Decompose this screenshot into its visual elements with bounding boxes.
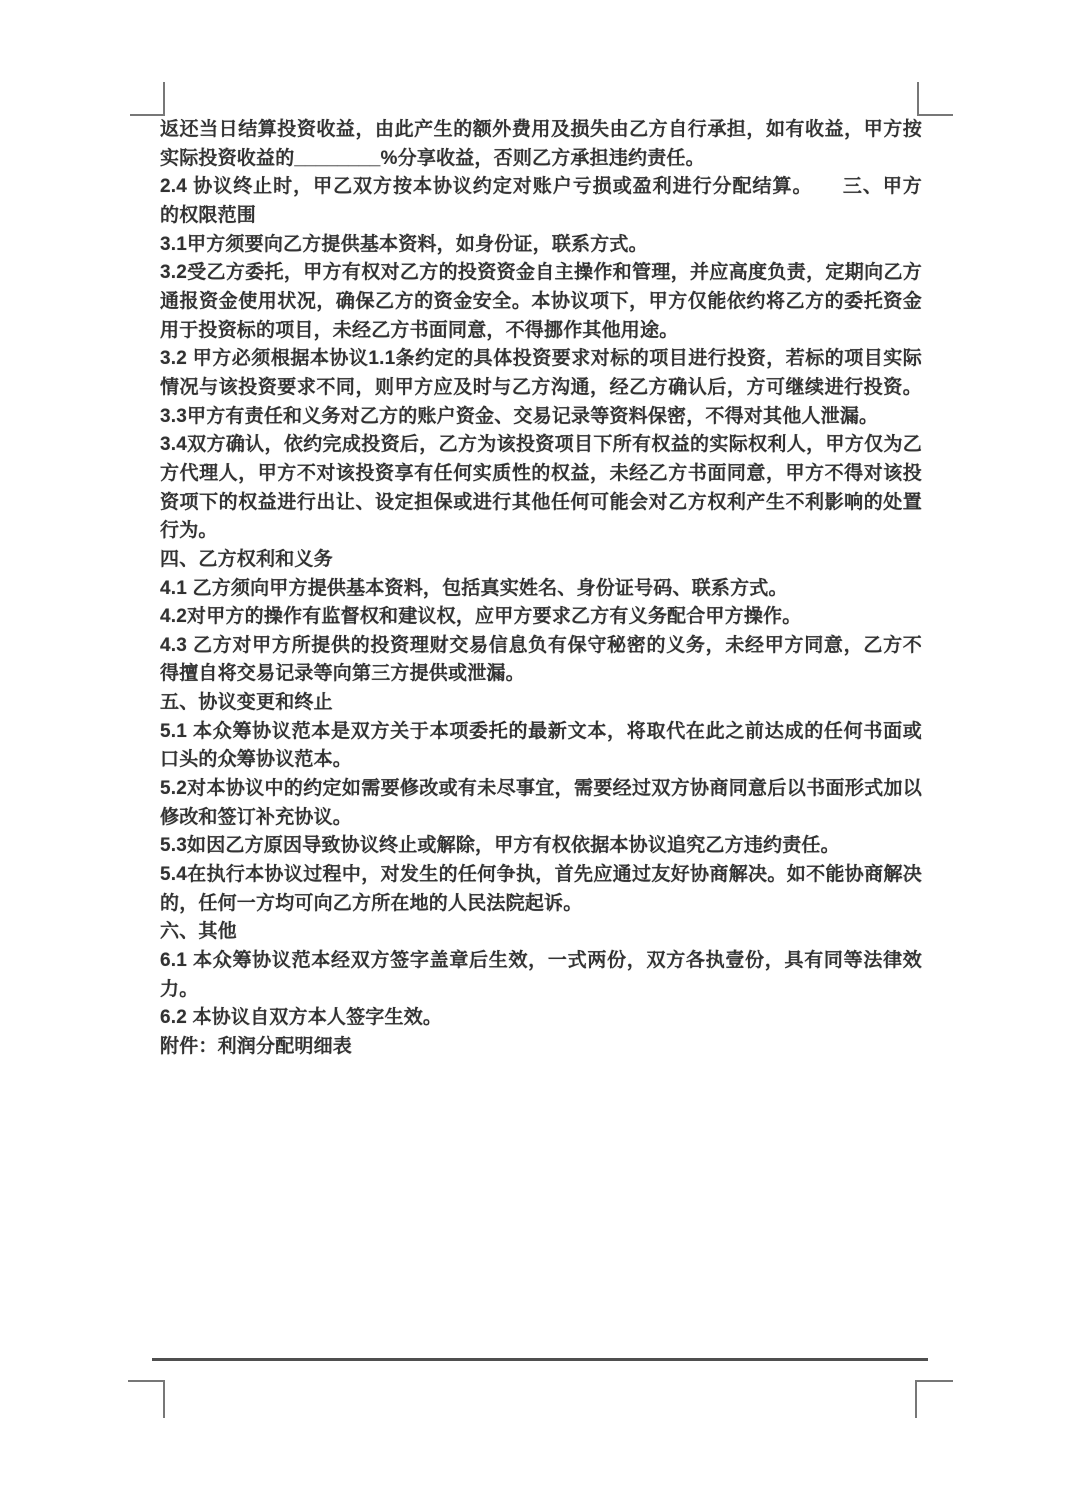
document-line: 3.3甲方有责任和义务对乙方的账户资金、交易记录等资料保密，不得对其他人泄漏。 [160,403,922,432]
document-line: 3.1甲方须要向乙方提供基本资料，如身份证，联系方式。 [160,231,922,260]
document-lines: 返还当日结算投资收益，由此产生的额外费用及损失由乙方自行承担，如有收益，甲方按实… [160,116,922,1062]
document-line: 修改和签订补充协议。 [160,804,922,833]
document-line: 方代理人，甲方不对该投资享有任何实质性的权益，未经乙方书面同意，甲方不得对该投 [160,460,922,489]
document-line: 用于投资标的项目，未经乙方书面同意，不得挪作其他用途。 [160,317,922,346]
document-line: 口头的众筹协议范本。 [160,746,922,775]
document-line: 5.3如因乙方原因导致协议终止或解除，甲方有权依据本协议追究乙方违约责任。 [160,832,922,861]
document-line: 4.2对甲方的操作有监督权和建议权，应甲方要求乙方有义务配合甲方操作。 [160,603,922,632]
document-line: 4.3 乙方对甲方所提供的投资理财交易信息负有保守秘密的义务，未经甲方同意，乙方… [160,632,922,661]
document-line: 6.2 本协议自双方本人签字生效。 [160,1004,922,1033]
crop-mark-bottom-left-icon [128,1380,165,1418]
document-line: 3.2受乙方委托，甲方有权对乙方的投资资金自主操作和管理，并应高度负责，定期向乙… [160,259,922,288]
document-line: 5.4在执行本协议过程中，对发生的任何争执，首先应通过友好协商解决。如不能协商解… [160,861,922,890]
document-line: 的权限范围 [160,202,922,231]
document-line: 5.1 本众筹协议范本是双方关于本项委托的最新文本，将取代在此之前达成的任何书面… [160,718,922,747]
document-line: 附件：利润分配明细表 [160,1033,922,1062]
document-line: 3.2 甲方必须根据本协议1.1条约定的具体投资要求对标的项目进行投资，若标的项… [160,345,922,374]
document-line: 4.1 乙方须向甲方提供基本资料，包括真实姓名、身份证号码、联系方式。 [160,575,922,604]
document-line: 3.4双方确认，依约完成投资后，乙方为该投资项目下所有权益的实际权利人，甲方仅为… [160,431,922,460]
crop-mark-top-left-icon [130,82,165,116]
document-line: 六、其他 [160,918,922,947]
document-line: 情况与该投资要求不同，则甲方应及时与乙方沟通，经乙方确认后，方可继续进行投资。 [160,374,922,403]
document-line: 返还当日结算投资收益，由此产生的额外费用及损失由乙方自行承担，如有收益，甲方按 [160,116,922,145]
document-line: 通报资金使用状况，确保乙方的资金安全。本协议项下，甲方仅能依约将乙方的委托资金 [160,288,922,317]
document-line: 实际投资收益的________%分享收益，否则乙方承担违约责任。 [160,145,922,174]
crop-mark-top-right-icon [917,82,953,116]
document-line: 6.1 本众筹协议范本经双方签字盖章后生效，一式两份，双方各执壹份，具有同等法律… [160,947,922,976]
page-divider-line [152,1358,928,1361]
crop-mark-bottom-right-icon [915,1380,953,1418]
document-line: 5.2对本协议中的约定如需要修改或有未尽事宜，需要经过双方协商同意后以书面形式加… [160,775,922,804]
document-line: 四、乙方权利和义务 [160,546,922,575]
document-page: 返还当日结算投资收益，由此产生的额外费用及损失由乙方自行承担，如有收益，甲方按实… [0,0,1080,1500]
document-line: 资项下的权益进行出让、设定担保或进行其他任何可能会对乙方权利产生不利影响的处置 [160,489,922,518]
document-line: 2.4 协议终止时，甲乙双方按本协议约定对账户亏损或盈利进行分配结算。 三、甲方 [160,173,922,202]
document-line: 行为。 [160,517,922,546]
document-line: 五、协议变更和终止 [160,689,922,718]
document-line: 得擅自将交易记录等向第三方提供或泄漏。 [160,660,922,689]
document-line: 力。 [160,976,922,1005]
document-line: 的，任何一方均可向乙方所在地的人民法院起诉。 [160,890,922,919]
